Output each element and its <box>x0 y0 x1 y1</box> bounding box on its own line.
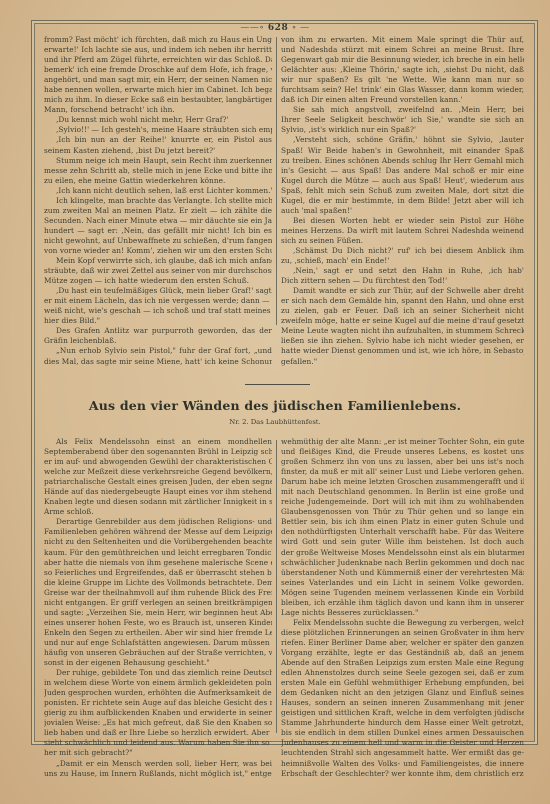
text-line: Spaß! Wir Beide haben's in Gewohnheit, m… <box>281 146 524 156</box>
text-line: ‚Du hast ein teufelmäßiges Glück, mein l… <box>44 286 272 296</box>
text-line: Dich zittern sehen — Du fürchtest den To… <box>281 276 524 286</box>
text-line: ‚Ich bin nun an der Reihe!' knurrte er, … <box>44 135 272 145</box>
text-line: den nothdürftigsten Unterhalt verschafft… <box>281 527 524 537</box>
text-line: Enkeln den Segen zu ertheilen. Aber wir … <box>44 628 272 638</box>
text-line: reiche Judengemeinde. Dort will ich mit … <box>281 497 524 507</box>
page-number-header: ——∘ 628 ∘ — <box>0 23 550 33</box>
text-line: Bettler sein, bis ich ihm einen Platz in… <box>281 517 524 527</box>
text-line: und Nadeshda stürzt mit einem Schrei an … <box>281 45 524 55</box>
story-left-column: fromm? Fast möcht' ich fürchten, daß mic… <box>44 35 272 367</box>
text-line: seinem Kasten ziehend, ‚bist Du jetzt be… <box>44 146 272 156</box>
text-line: großen Schmerz ihn von uns zu lassen, ab… <box>281 457 524 467</box>
article-subtitle: Nr. 2. Das Laubhüttenfest. <box>0 418 550 426</box>
text-line: auch 'mal spaßen!' <box>281 206 524 216</box>
text-line: Mütze zogen — ich hatte wiederum den ers… <box>44 276 272 286</box>
text-line: ließen sie ihn ziehen. Sylvio habe ich n… <box>281 336 524 346</box>
text-line: Juden gesprochen wurden, erhöhten die Au… <box>44 688 272 698</box>
text-line: Stumm neige ich mein Haupt, sein Recht i… <box>44 156 272 166</box>
text-line: Vorgang erzählte, legte er das Geständni… <box>281 648 524 658</box>
text-line: Familienleben gehören während der Messe … <box>44 527 272 537</box>
text-line: bleiben, ich erzähle ihm täglich davon u… <box>281 598 524 608</box>
text-line: finster, da muß er mit all' seiner Lust … <box>281 467 524 477</box>
text-line: Gelächter aus: ‚Kleine Thörin,' sagte ic… <box>281 65 524 75</box>
text-line: von vorne wieder an! Komm', ziehen wir u… <box>44 246 272 256</box>
text-line: patriarchalische Gestalt eines greisen J… <box>44 477 272 487</box>
text-line: seines Vaterlandes und ein Licht in sein… <box>281 578 524 588</box>
text-line: er sich nach dem Gemälde hin, spannt den… <box>281 296 524 306</box>
text-line: diese plötzlichen Erinnerungen an seinen… <box>281 628 524 638</box>
text-line: bemerk' ich eine fremde Droschke auf dem… <box>44 65 272 75</box>
text-line: Knaben legte und diesen sodann mit zärtl… <box>44 497 272 507</box>
text-line: überstandener Noth und Kümmerniß einer d… <box>281 568 524 578</box>
text-line: häufig von unseren Gebräuchen auf der St… <box>44 648 272 658</box>
text-line: hatte wieder Dienst genommen und ist, wi… <box>281 346 524 356</box>
text-line: und nur auf enge Schlafstätten angewiese… <box>44 638 272 648</box>
text-line: Arme schloß. <box>44 507 272 517</box>
text-line: leuchtenden Strahl sich angesammelt hatt… <box>281 748 524 758</box>
text-line: messe zehn Schritt ab, stelle mich in je… <box>44 166 272 176</box>
text-line: wir nur spaßen? Es gilt 'ne Wette. Wie k… <box>281 75 524 85</box>
text-line: Damit wandte er sich zur Thür, auf der S… <box>281 286 524 296</box>
text-line: habe nennen wollen, erwarte mich hier im… <box>44 85 272 95</box>
text-line: Lage nichts Besseres zurücklassen." <box>281 608 524 618</box>
text-line: zu, ‚schieß, mach' ein Ende!' <box>281 256 524 266</box>
text-line: die kleine Gruppe im Lichte des Vollmond… <box>44 578 272 588</box>
text-line: und ihr Pferd am Zügel führte, erreichte… <box>44 55 272 65</box>
text-line: Kugel, die er mir bestimmte, in dem Bild… <box>281 196 524 206</box>
text-line: Meine Leute wagten nicht ihn aufzuhalten… <box>281 326 524 336</box>
text-line: zweifeln möge, hatte er seine Kugel auf … <box>281 316 524 326</box>
text-line: fromm? Fast möcht' ich fürchten, daß mic… <box>44 35 272 45</box>
text-line: zum zweiten Mal an meinen Platz. Er ziel… <box>44 206 272 216</box>
text-line: aber hatte die niemals von ihm gesehene … <box>44 558 272 568</box>
text-line: Darum habe ich meine letzten Groschen zu… <box>281 477 524 487</box>
text-line: ‚Sylvio!!' — Ich gesteh's, meine Haare s… <box>44 125 272 135</box>
text-line: heimnißvolle Walten des Volks- und Famil… <box>281 759 524 769</box>
text-line: angehört, und man sagt mir, ein Herr, de… <box>44 75 272 85</box>
text-line: wird Gott und sein guter Wille ihm beist… <box>281 537 524 547</box>
text-line: ponisten. Er richtete sein Auge auf das … <box>44 698 272 708</box>
text-line: von ihm zu erwarten. Mit einem Male spri… <box>281 35 524 45</box>
article-title: Aus den vier Wänden des jüdischen Famili… <box>0 398 550 413</box>
text-line: Als Felix Mendelssohn einst an einem mon… <box>44 437 272 447</box>
text-line: Der ruhige, gebildete Ton und das ziemli… <box>44 668 272 678</box>
text-line: gefallen." <box>281 357 524 367</box>
text-line: Des Grafen Antlitz war purpurroth geword… <box>44 326 272 336</box>
text-line: Hände auf das niedergebeugte Haupt eines… <box>44 487 272 497</box>
page-number-ornament-right: ∘ — <box>292 23 310 33</box>
text-line: eines unserer hohen Feste, wo es Brauch … <box>44 618 272 628</box>
text-line: wehmüthig der alte Mann: „er ist meiner … <box>281 437 524 447</box>
text-line: daß ich Dir einen alten Freund vorstelle… <box>281 95 524 105</box>
text-line: meines Herzens. Da wirft mit lautem Schr… <box>281 226 524 236</box>
text-line: Kugel durch die Mütze — auch aus Spaß! H… <box>281 176 524 186</box>
text-line: weiß nicht, wie's geschah — ich schoß un… <box>44 306 272 316</box>
text-line: furchtsam sein? He! trink' ein Glas Wass… <box>281 85 524 95</box>
text-line: Mein Kopf verwirrte sich, ich glaube, da… <box>44 256 272 266</box>
text-line: der große Weltweise Moses Mendelssohn ei… <box>281 548 524 558</box>
text-line: sieht schwächlich und leidend aus. Warum… <box>44 738 272 748</box>
text-line: und sagte: „Verzeihen Sie, mein Herr, wi… <box>44 608 272 618</box>
text-line: Sie sah mich angstvoll, zweifelnd an. ‚M… <box>281 105 524 115</box>
text-line: Gräfin leichenblaß. <box>44 336 272 346</box>
text-line: hundert — sagt er: ‚Nein, das gefällt mi… <box>44 226 272 236</box>
text-line: dem Gedanken nicht an den jetzigen Glanz… <box>281 688 524 698</box>
text-line: Secunden. Nach einer Minute etwa — mir d… <box>44 216 272 226</box>
text-line: lieb haben und daß er Ihre Liebe so herz… <box>44 728 272 738</box>
text-line: ‚Nein,' sagt er und setzt den Hahn in Ru… <box>281 266 524 276</box>
text-line: gierig zu ihm aufblickenden Knaben und e… <box>44 708 272 718</box>
text-line: ‚Versteht sich, schöne Gräfin,' höhnt si… <box>281 135 524 145</box>
text-line: Erbschaft der Geschlechter? wer konnte i… <box>281 769 524 779</box>
text-line: er im auf- und abwogenden Gewühl der cha… <box>44 457 272 467</box>
text-line: nicht zu den Seltenheiten und die Vorübe… <box>44 537 272 547</box>
text-line: Greise war der theilnahmvoll auf ihm ruh… <box>44 588 272 598</box>
text-line: hier dies Bild." <box>44 316 272 326</box>
text-line: ‚Du kennst mich wohl nicht mehr, Herr Gr… <box>44 115 272 125</box>
text-line: edlen Ahnenstolzes durch seine Seele gez… <box>281 668 524 678</box>
article-right-column: wehmüthig der alte Mann: „er ist meiner … <box>281 437 524 779</box>
text-line: uns zu Hause, im Innern Rußlands, nicht … <box>44 769 272 779</box>
text-line: Ich klingelte, man brachte das Verlangte… <box>44 196 272 206</box>
text-line: Judenhauses zu einem hell und warm in di… <box>281 738 524 748</box>
text-line: Mann, forschend betracht' ich ihn. <box>44 105 272 115</box>
text-line: Felix Mendelssohn suchte die Bewegung zu… <box>281 618 524 628</box>
text-line: ‚Ich kann nicht deutlich sehen, laß erst… <box>44 186 272 196</box>
text-line: sonst in der eigenen Behausung geschieht… <box>44 658 272 668</box>
text-line: Bei diesen Worten hebt er wieder sein Pi… <box>281 216 524 226</box>
text-line: her mit sich gebracht?" <box>44 748 272 758</box>
text-line: Ihrer Seele Seligkeit beschwör' ich Sie,… <box>281 115 524 125</box>
text-line: und fleißiges Kind, die Freude unseres L… <box>281 447 524 457</box>
page-number: 628 <box>268 23 288 33</box>
text-line: er mit einem Lächeln, das ich nie verges… <box>44 296 272 306</box>
text-line: mich zu ihm. In dieser Ecke saß ein best… <box>44 95 272 105</box>
text-line: Glaubensgenossen von Thür zu Thür gehen … <box>281 507 524 517</box>
text-line: riefen. Einer Berliner Dame aber, welche… <box>281 638 524 648</box>
text-line: welche zur Meßzeit diese verkehrsreiche … <box>44 467 272 477</box>
text-line: in welchem diese Worte von einem ärmlich… <box>44 678 272 688</box>
text-line: schwächlicher Judenknabe nach Berlin gek… <box>281 558 524 568</box>
text-line: Derartige Genrebilder aus dem jüdischen … <box>44 517 272 527</box>
text-line: Sylvio, ‚ist's wirklich nur ein Spaß?' <box>281 125 524 135</box>
text-line: nicht entgangen. Er griff verlegen an se… <box>44 598 272 608</box>
story-right-column: von ihm zu erwarten. Mit einem Male spri… <box>281 35 524 367</box>
text-line: so Feierliches und Ergreifendes, daß er … <box>44 568 272 578</box>
text-line: bis sie endlich in dem stillen Dunkel ei… <box>281 728 524 738</box>
text-line: in's Gesicht — aus Spaß! Das andere Mal … <box>281 166 524 176</box>
text-line: „Damit er ein Mensch werden soll, lieber… <box>44 759 272 769</box>
text-line: sich zu seinen Füßen. <box>281 236 524 246</box>
text-line: jovialen Weise: „Es hat mich gefreut, da… <box>44 718 272 728</box>
text-line: sträubte, daß wir zwei Zettel aus seiner… <box>44 266 272 276</box>
text-line: ‚Schämst Du Dich nicht?' ruf' ich bei di… <box>281 246 524 256</box>
page-number-ornament-left: ——∘ <box>240 23 264 33</box>
article-left-column: Als Felix Mendelssohn einst an einem mon… <box>44 437 272 779</box>
text-line: Hauses, sondern an seinen inneren Zusamm… <box>281 698 524 708</box>
text-line: Mögen seine Tugenden meinem verlassenen … <box>281 588 524 598</box>
text-line: erwarte!' Ich lachte sie aus, und indem … <box>44 45 272 55</box>
text-line: kaum. Für den gemüthreichen und leicht e… <box>44 548 272 558</box>
text-line: zu eilen, ehe meine Gattin wiederkehren … <box>44 176 272 186</box>
text-line: dies Mal, das sagte mir seine Miene, hat… <box>44 357 272 367</box>
text-line: Gegenwart gab mir die Besinnung wieder, … <box>281 55 524 65</box>
text-line: geistigen und sittlichen Kraft, welche i… <box>281 708 524 718</box>
text-line: Abende auf den Straßen Leipzigs zum erst… <box>281 658 524 668</box>
text-line: ersten Male ein Gefühl wehmüthiger Erheb… <box>281 678 524 688</box>
text-line: nicht gewohnt, auf Unbewaffnete zu schie… <box>44 236 272 246</box>
text-line: Septemberabend über den sogenannten Brüh… <box>44 447 272 457</box>
text-line: Stamme Jahrhunderte hindurch dem Hasse e… <box>281 718 524 728</box>
text-line: Spaß, fehlt mich sein Schuß zum zweiten … <box>281 186 524 196</box>
story-end-rule <box>245 384 310 385</box>
text-line: zu treiben. Eines schönen Abends schlug … <box>281 156 524 166</box>
column-divider-top <box>276 37 277 325</box>
text-line: „Nun erhob Sylvio sein Pistol," fuhr der… <box>44 346 272 356</box>
column-divider-bottom <box>276 440 277 733</box>
text-line: zu zielen, gab er Feuer. Daß ich an sein… <box>281 306 524 316</box>
text-line: mit nach Deutschland genommen. In Berlin… <box>281 487 524 497</box>
